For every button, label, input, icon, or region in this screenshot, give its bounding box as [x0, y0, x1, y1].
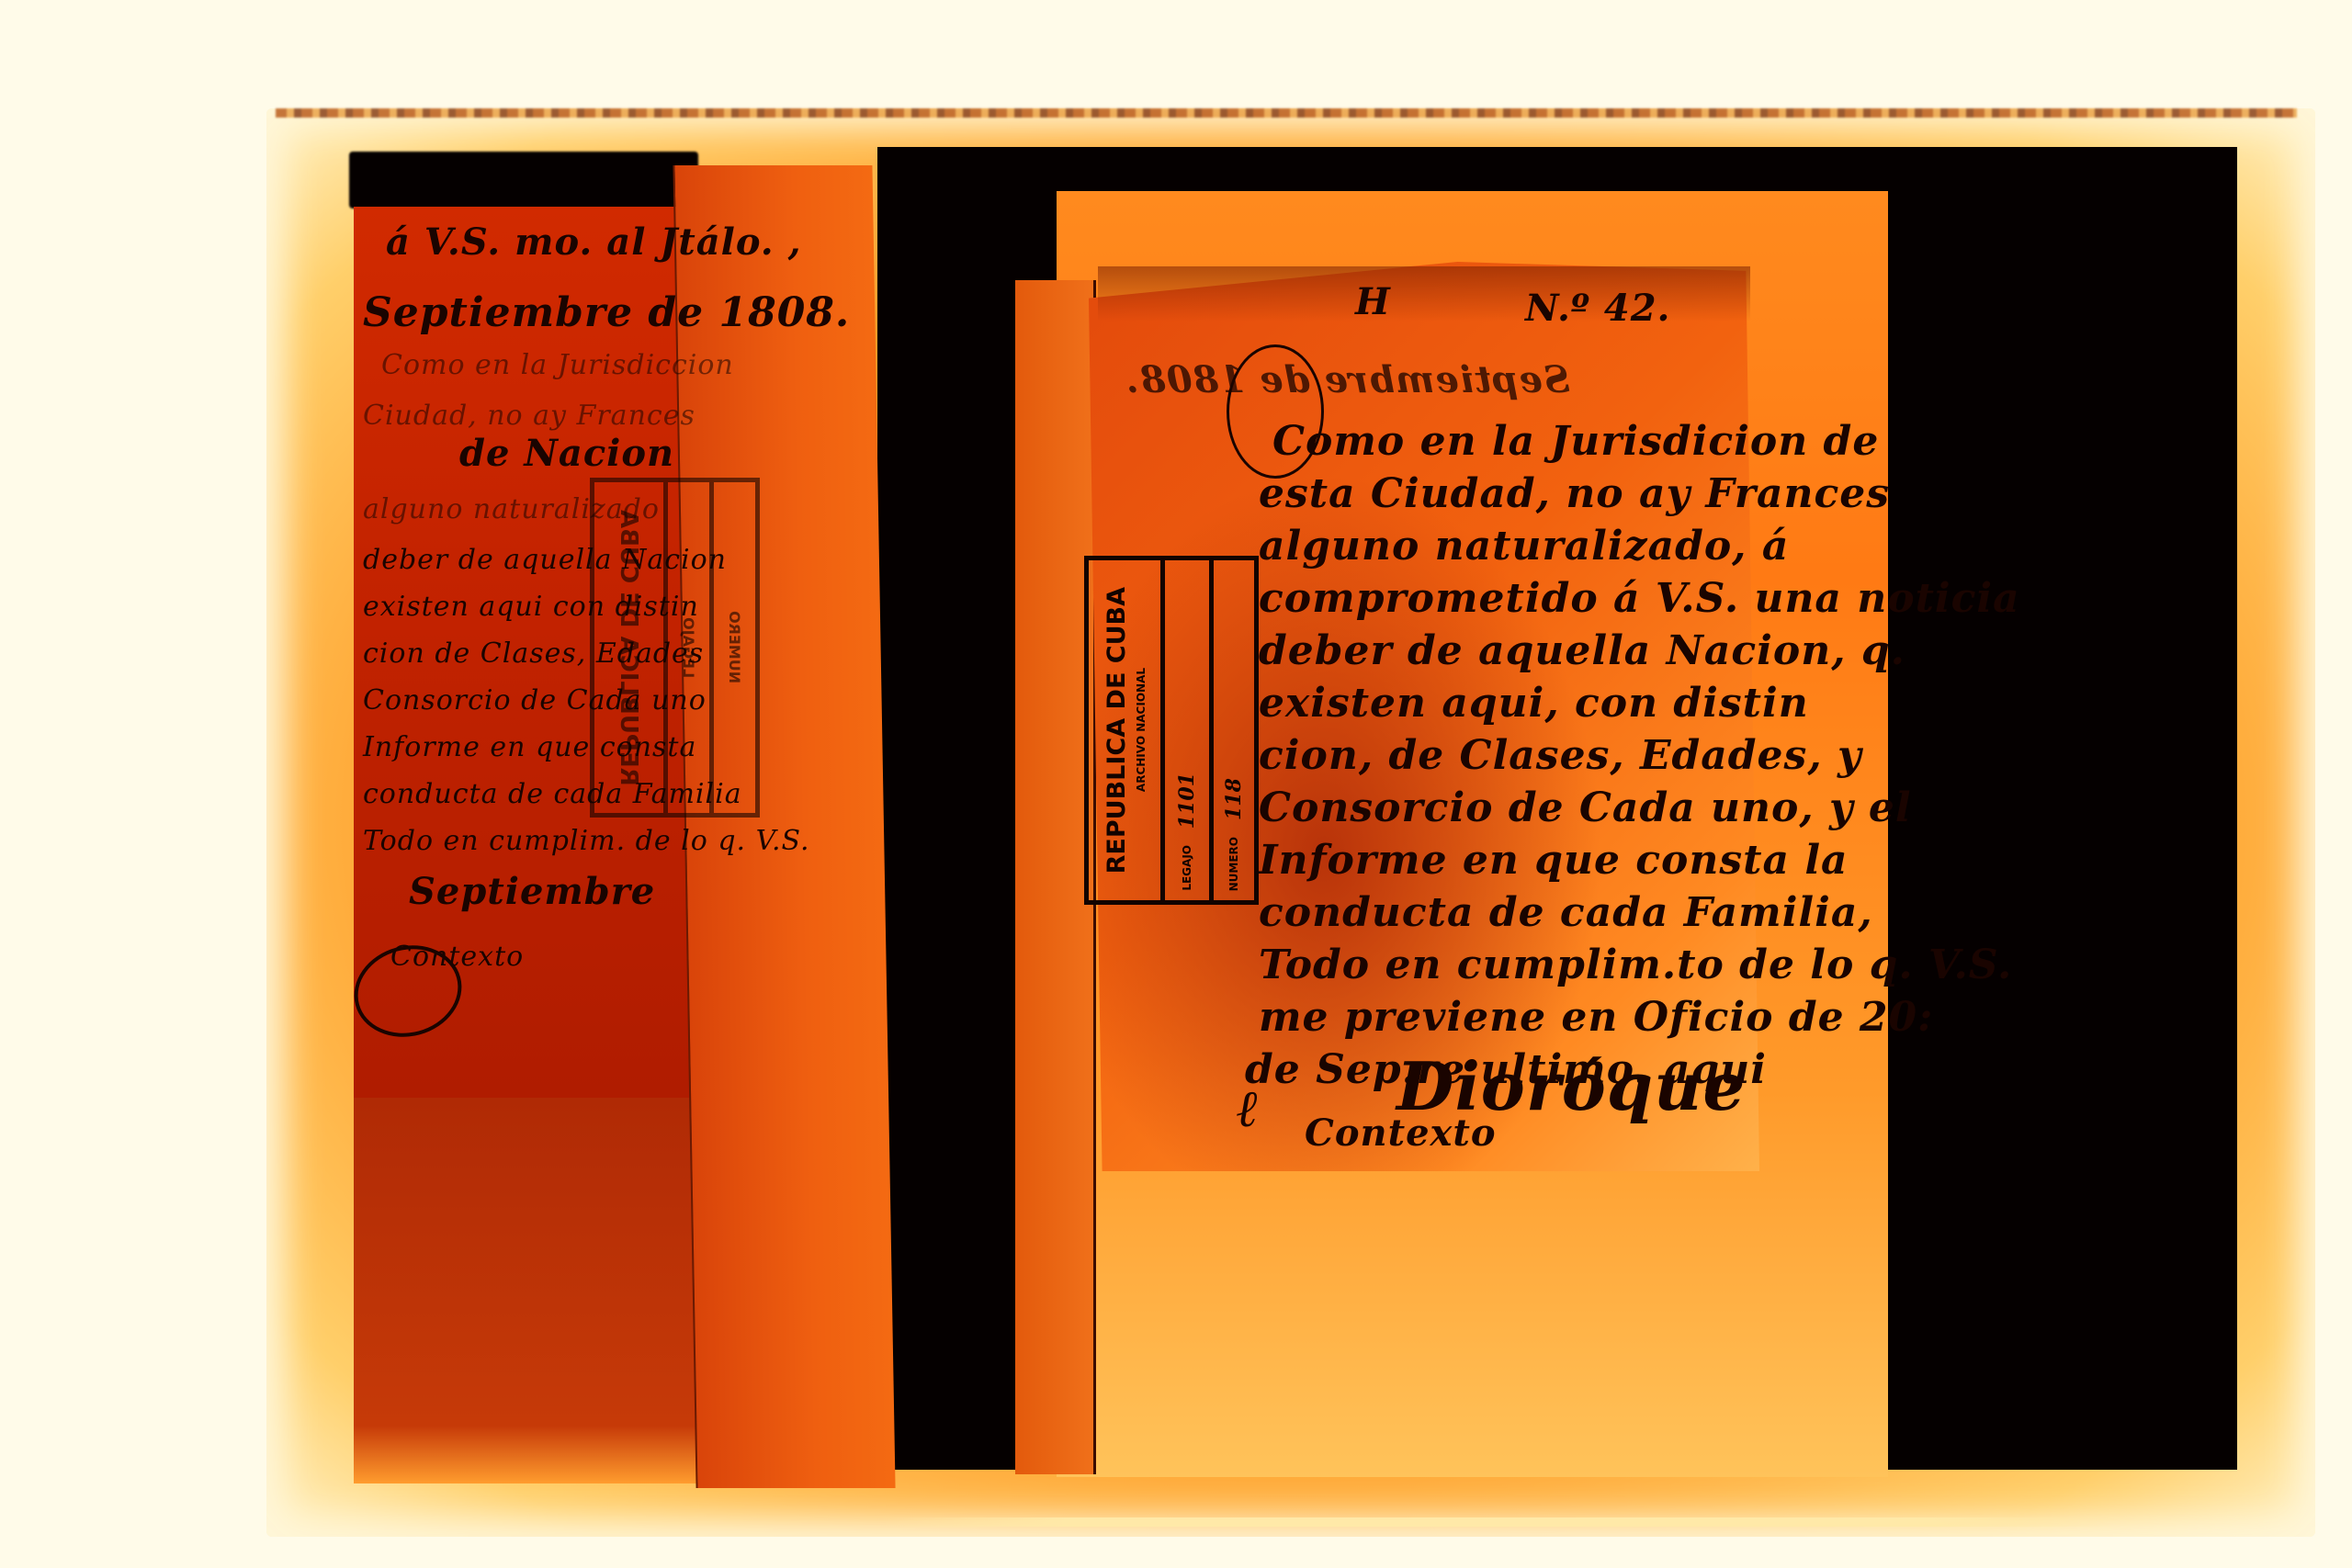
manuscript-line: cion, de Clases, Edades, y — [1259, 732, 1773, 779]
archive-stamp: REPUBLICA DE CUBA ARCHIVO NACIONAL 1101 … — [1084, 556, 1259, 905]
left-body-line: Todo en cumplim. de lo q. V.S. — [363, 825, 703, 857]
archive-stamp-mirrored: NUMERO LEGAJO REPUBLICA DE CUBA — [590, 478, 760, 818]
left-body-line: Como en la Jurisdiccion — [381, 349, 721, 381]
black-backing-top-left — [349, 152, 698, 209]
left-date-line: Septiembre de 1808. — [363, 289, 850, 336]
film-edge-top — [276, 108, 2297, 118]
manuscript-signature: Dioróque — [1396, 1047, 1746, 1125]
manuscript-line: Consorcio de Cada uno, y el — [1259, 784, 1773, 831]
manuscript-line: Como en la Jurisdicion de — [1272, 418, 1787, 465]
stamp-numero-label: NUMERO — [726, 611, 743, 683]
left-body-line: Septiembre — [409, 870, 749, 913]
manuscript-line: esta Ciudad, no ay Frances — [1259, 470, 1773, 517]
manuscript-margin-mark: ℓ — [1236, 1079, 1258, 1139]
manuscript-line: deber de aquella Nacion, q. — [1259, 627, 1773, 674]
manuscript-date-mirrored: Septiembre de 1808. — [1125, 358, 1570, 401]
stamp-legajo-value: 1101 — [1175, 773, 1199, 829]
manuscript-line: Todo en cumplim.to de lo q. V.S. — [1259, 942, 1773, 988]
stamp-legajo-label: LEGAJO — [680, 617, 697, 678]
manuscript-header-note: N.º 42. — [1525, 287, 1670, 330]
stamp-legajo-label: LEGAJO — [1181, 845, 1193, 891]
manuscript-line: me previene en Oficio de 20: — [1259, 994, 1773, 1041]
manuscript-body: Como en la Jurisdicion de esta Ciudad, n… — [1263, 418, 1778, 1070]
stamp-republica-text: REPUBLICA DE CUBA — [1102, 587, 1131, 874]
manuscript-line: conducta de cada Familia, — [1259, 889, 1773, 936]
stamp-numero-label: NUMERO — [1227, 837, 1240, 891]
manuscript-line: alguno naturalizado, á — [1259, 523, 1773, 570]
left-header-line: á V.S. mo. al Jtálo. , — [386, 220, 802, 264]
stamp-numero-value: 118 — [1222, 778, 1246, 820]
left-body-line: Ciudad, no ay Frances — [363, 400, 703, 432]
film-edge-bottom — [882, 1517, 2113, 1527]
stamp-archivo-text: ARCHIVO NACIONAL — [1135, 668, 1148, 792]
left-body-line: de Nacion — [459, 432, 799, 475]
manuscript-line: existen aqui, con distin — [1259, 680, 1773, 727]
manuscript-line: comprometido á V.S. una noticia — [1259, 575, 1773, 622]
stamp-line1: REPUBLICA DE CUBA — [616, 510, 643, 786]
manuscript-line: Informe en que consta la — [1259, 837, 1773, 884]
manuscript-mark: H — [1355, 280, 1391, 323]
